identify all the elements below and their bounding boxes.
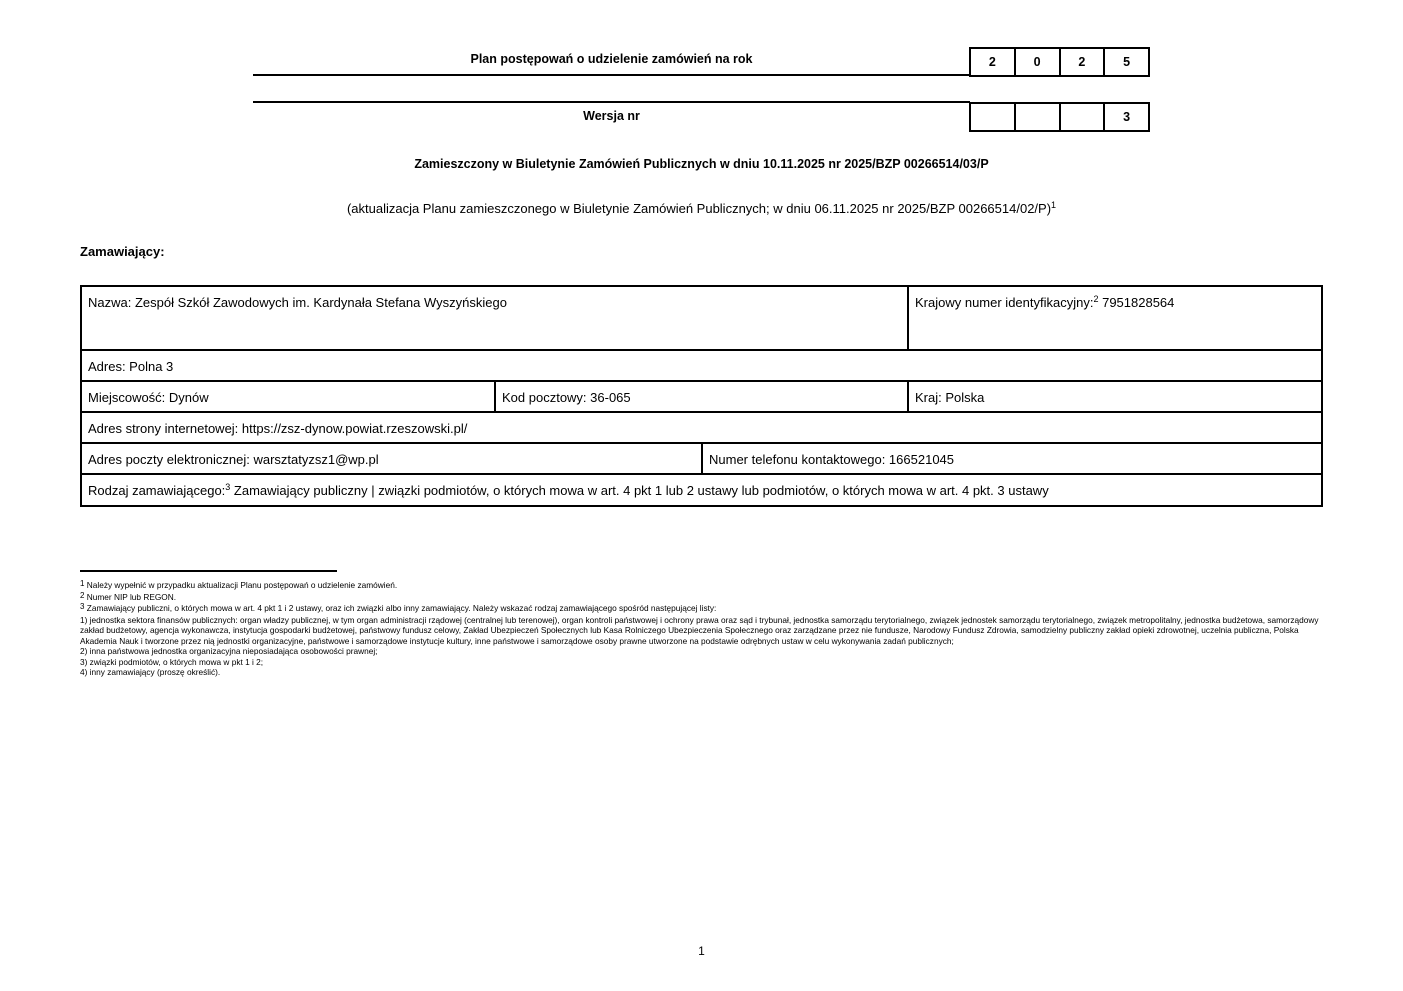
- footnote: 2 Numer NIP lub REGON.: [80, 592, 1325, 603]
- buyer-email: Adres poczty elektronicznej: warsztatyzs…: [82, 444, 703, 473]
- year-digit: 2: [1061, 49, 1106, 75]
- title-underline: [253, 74, 970, 76]
- version-overline: [253, 101, 970, 103]
- table-row: Nazwa: Zespół Szkół Zawodowych im. Kardy…: [82, 287, 1321, 351]
- buyer-name: Nazwa: Zespół Szkół Zawodowych im. Kardy…: [82, 287, 909, 349]
- year-boxes: 2 0 2 5: [969, 47, 1150, 77]
- footnote-list-item: 3) związki podmiotów, o których mowa w p…: [80, 657, 1325, 668]
- table-row: Miejscowość: Dynów Kod pocztowy: 36-065 …: [82, 382, 1321, 413]
- footnote-list-item: 4) inny zamawiający (proszę określić).: [80, 667, 1325, 678]
- national-id-value: 7951828564: [1098, 295, 1174, 310]
- footnote-text: Numer NIP lub REGON.: [84, 592, 176, 602]
- version-digit: 3: [1105, 104, 1148, 130]
- footnote-ref: 1: [1051, 200, 1056, 210]
- buyer-national-id: Krajowy numer identyfikacyjny:2 79518285…: [909, 287, 1321, 349]
- footnote-list-item: 2) inna państwowa jednostka organizacyjn…: [80, 646, 1325, 657]
- update-note-text: (aktualizacja Planu zamieszczonego w Biu…: [347, 201, 1051, 216]
- buyer-type-label: Rodzaj zamawiającego:: [88, 483, 225, 498]
- buyer-country: Kraj: Polska: [909, 382, 1321, 411]
- version-digit: [1061, 104, 1106, 130]
- publication-info: Zamieszczony w Biuletynie Zamówień Publi…: [0, 157, 1403, 171]
- version-boxes: 3: [969, 102, 1150, 132]
- footnotes: 1 Należy wypełnić w przypadku aktualizac…: [80, 580, 1325, 678]
- plan-title: Plan postępowań o udzielenie zamówień na…: [253, 52, 970, 66]
- footnote-separator: [80, 570, 337, 572]
- footnote: 3 Zamawiający publiczni, o których mowa …: [80, 603, 1325, 614]
- buyer-website: Adres strony internetowej: https://zsz-d…: [82, 413, 1321, 442]
- page-number: 1: [0, 944, 1403, 958]
- buyer-heading: Zamawiający:: [80, 244, 165, 259]
- year-digit: 0: [1016, 49, 1061, 75]
- buyer-phone: Numer telefonu kontaktowego: 166521045: [703, 444, 1321, 473]
- table-row: Rodzaj zamawiającego:3 Zamawiający publi…: [82, 475, 1321, 505]
- table-row: Adres: Polna 3: [82, 351, 1321, 382]
- footnote-list-item: 1) jednostka sektora finansów publicznyc…: [80, 615, 1325, 647]
- version-digit: [1016, 104, 1061, 130]
- footnote-text: Należy wypełnić w przypadku aktualizacji…: [84, 580, 397, 590]
- version-label: Wersja nr: [253, 109, 970, 123]
- buyer-city: Miejscowość: Dynów: [82, 382, 496, 411]
- buyer-address: Adres: Polna 3: [82, 351, 1321, 380]
- buyer-table: Nazwa: Zespół Szkół Zawodowych im. Kardy…: [80, 285, 1323, 507]
- update-note: (aktualizacja Planu zamieszczonego w Biu…: [0, 201, 1403, 216]
- footnote-text: Zamawiający publiczni, o których mowa w …: [84, 603, 716, 613]
- table-row: Adres strony internetowej: https://zsz-d…: [82, 413, 1321, 444]
- year-digit: 2: [971, 49, 1016, 75]
- table-row: Adres poczty elektronicznej: warsztatyzs…: [82, 444, 1321, 475]
- buyer-type-value: Zamawiający publiczny | związki podmiotó…: [230, 483, 1048, 498]
- national-id-label: Krajowy numer identyfikacyjny:: [915, 295, 1093, 310]
- buyer-postal-code: Kod pocztowy: 36-065: [496, 382, 909, 411]
- buyer-type: Rodzaj zamawiającego:3 Zamawiający publi…: [82, 475, 1321, 505]
- version-digit: [971, 104, 1016, 130]
- footnote: 1 Należy wypełnić w przypadku aktualizac…: [80, 580, 1325, 591]
- year-digit: 5: [1105, 49, 1148, 75]
